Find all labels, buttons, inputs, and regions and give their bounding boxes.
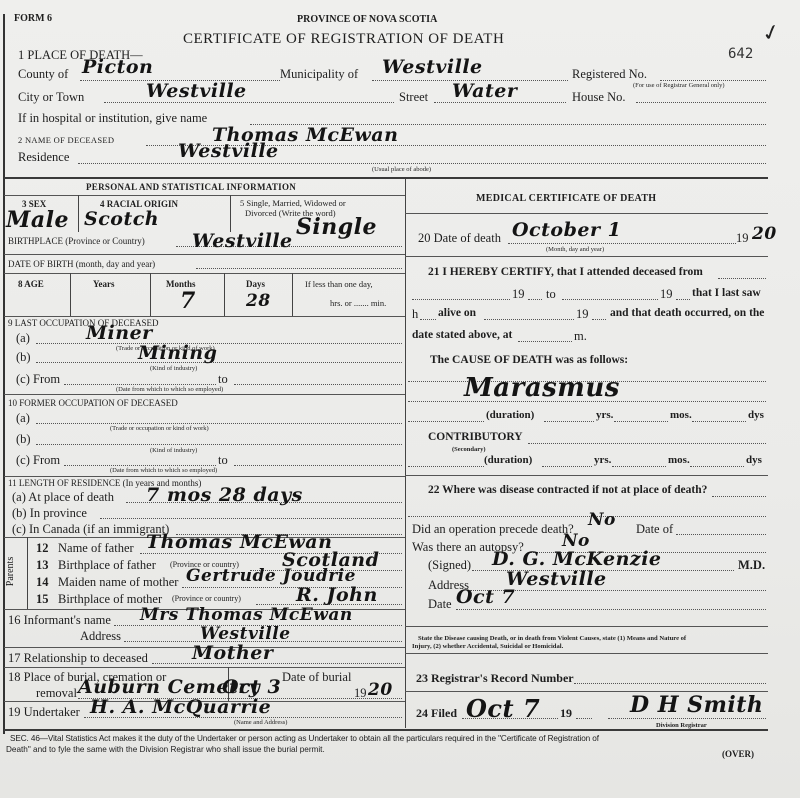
last-occ-c-note: (Date from which to which so employed) xyxy=(116,386,223,393)
dys-label: dys xyxy=(748,409,764,421)
burial-year-prefix: 19 xyxy=(354,686,367,701)
secondary-note: (Secondary) xyxy=(452,446,486,453)
mos-label: mos. xyxy=(670,409,692,421)
months-value: 7 xyxy=(180,288,196,314)
last-occ-to-label: to xyxy=(218,372,228,387)
undertaker-note: (Name and Address) xyxy=(234,719,287,726)
certify-death-occurred: and that death occurred, on the xyxy=(610,307,764,319)
disease-contracted-label: 22 Where was disease contracted if not a… xyxy=(428,484,707,496)
informant-name-label: 16 Informant's name xyxy=(8,613,111,628)
cause-of-death-value: Marasmus xyxy=(464,373,620,403)
footer-sec-line-2: Death" and to fyle the same with the Div… xyxy=(6,745,325,754)
residence-note: (Usual place of abode) xyxy=(372,166,431,173)
last-occ-b-label: (b) xyxy=(16,350,31,365)
residence-a-value: 7 mos 28 days xyxy=(146,484,303,506)
last-occ-b-note: (Kind of industry) xyxy=(150,365,197,372)
operation-label: Did an operation precede death? xyxy=(412,522,574,537)
last-occ-b-value: Mining xyxy=(138,342,217,364)
former-occ-a-label: (a) xyxy=(16,411,30,426)
former-occ-a-note: (Trade or occupation or kind of work) xyxy=(110,425,209,432)
parent-row-num: 12 xyxy=(36,541,49,556)
personal-section-title: PERSONAL AND STATISTICAL INFORMATION xyxy=(86,182,296,192)
duration-label: (duration) xyxy=(486,409,534,421)
mother-birthplace-note: (Province or country) xyxy=(172,594,241,603)
md-label: M.D. xyxy=(738,558,765,573)
certify-line-1: 21 I HEREBY CERTIFY, that I attended dec… xyxy=(428,266,703,278)
name-of-deceased-label: 2 NAME OF DECEASED xyxy=(18,135,114,145)
medical-date-label: Date xyxy=(428,597,452,612)
parent-row-num: 14 xyxy=(36,575,49,590)
age-label: 8 AGE xyxy=(18,279,44,289)
mos-label-2: mos. xyxy=(668,454,690,466)
former-occ-to-label: to xyxy=(218,453,228,468)
certify-year-2: 19 xyxy=(660,287,673,302)
record-number-label: 23 Registrar's Record Number xyxy=(416,671,574,686)
medical-section-title: MEDICAL CERTIFICATE OF DEATH xyxy=(476,193,656,204)
duration-label-2: (duration) xyxy=(484,454,532,466)
less-than-day-label: If less than one day, xyxy=(305,279,373,289)
signed-value: D. G. McKenzie xyxy=(492,548,662,570)
street-value: Water xyxy=(452,80,517,102)
years-label: Years xyxy=(93,279,115,289)
last-occ-a-label: (a) xyxy=(16,331,30,346)
father-name-label: Name of father xyxy=(58,541,134,556)
relationship-value: Mother xyxy=(192,642,273,664)
racial-origin-value: Scotch xyxy=(84,208,159,230)
burial-date-value: Oct 3 xyxy=(222,676,281,698)
operation-value: No xyxy=(588,510,616,530)
residence-a-label: (a) At place of death xyxy=(12,490,114,505)
disease-note-1: State the Disease causing Death, or in d… xyxy=(418,635,686,642)
mother-birthplace-value: R. John xyxy=(296,584,378,606)
informant-name-value: Mrs Thomas McEwan xyxy=(140,605,353,625)
yrs-label: yrs. xyxy=(596,409,613,421)
informant-address-value: Westville xyxy=(200,624,291,644)
dob-label: DATE OF BIRTH (month, day and year) xyxy=(8,259,155,269)
hrs-min-label: hrs. or ....... min. xyxy=(330,298,386,308)
form-number: FORM 6 xyxy=(14,13,52,24)
death-year-prefix: 19 xyxy=(736,231,749,246)
undertaker-label: 19 Undertaker xyxy=(8,705,80,720)
burial-year-value: 20 xyxy=(368,680,393,700)
medical-address-value: Westville xyxy=(506,568,607,590)
disease-note-2: Injury, (2) whether Accidental, Suicidal… xyxy=(412,643,563,650)
former-occ-c-label: (c) From xyxy=(16,453,60,468)
county-label: County of xyxy=(18,67,68,82)
house-no-label: House No. xyxy=(572,90,625,105)
burial-removal-label: removal xyxy=(36,686,77,701)
certify-year-3: 19 xyxy=(576,307,589,322)
footer-divider xyxy=(4,729,768,731)
residence-value: Westville xyxy=(178,140,279,162)
undertaker-value: H. A. McQuarrie xyxy=(90,696,271,718)
filed-value: Oct 7 xyxy=(466,694,540,723)
former-occ-b-note: (Kind of industry) xyxy=(150,447,197,454)
birthplace-label: BIRTHPLACE (Province or Country) xyxy=(8,236,145,246)
parent-row-num: 15 xyxy=(36,592,49,607)
certificate-title: CERTIFICATE OF REGISTRATION OF DEATH xyxy=(183,31,504,48)
registrar-signature: D H Smith xyxy=(630,692,763,718)
filed-label: 24 Filed xyxy=(416,706,457,721)
death-year-value: 20 xyxy=(752,224,777,244)
city-label: City or Town xyxy=(18,90,84,105)
medical-date-value: Oct 7 xyxy=(456,586,515,608)
cause-intro: The CAUSE OF DEATH was as follows: xyxy=(430,354,628,366)
contributory-label: CONTRIBUTORY xyxy=(428,431,523,443)
left-border xyxy=(3,14,5,734)
burial-date-label: Date of burial xyxy=(282,670,351,685)
days-label: Days xyxy=(246,279,265,289)
yrs-label-2: yrs. xyxy=(594,454,611,466)
registered-no-label: Registered No. xyxy=(572,67,647,82)
registrar-signature-note: Division Registrar xyxy=(656,722,707,729)
certify-h: h xyxy=(412,307,418,322)
province-heading: PROVINCE OF NOVA SCOTIA xyxy=(297,14,437,25)
date-of-death-note: (Month, day and year) xyxy=(546,246,604,253)
sex-value: Male xyxy=(6,207,69,233)
father-birthplace-label: Birthplace of father xyxy=(58,558,156,573)
informant-address-label: Address xyxy=(80,629,121,644)
municipality-value: Westville xyxy=(382,56,483,78)
last-occ-c-label: (c) From xyxy=(16,372,60,387)
date-of-death-label: 20 Date of death xyxy=(418,231,501,246)
former-occupation-label: 10 FORMER OCCUPATION OF DECEASED xyxy=(8,398,178,408)
mother-maiden-value: Gertrude Joudrie xyxy=(186,566,356,586)
registered-no-note: (For use of Registrar General only) xyxy=(633,82,725,89)
days-value: 28 xyxy=(246,291,271,311)
certify-alive-on: alive on xyxy=(438,307,476,319)
center-divider xyxy=(405,179,406,728)
certify-to: to xyxy=(546,287,556,302)
check-mark-icon: ✓ xyxy=(759,18,784,48)
municipality-label: Municipality of xyxy=(280,67,358,82)
stamp-number: 642 xyxy=(728,46,753,62)
residence-b-label: (b) In province xyxy=(12,506,87,521)
parents-side-label: Parents xyxy=(5,557,16,586)
city-value: Westville xyxy=(146,80,247,102)
county-value: Picton xyxy=(82,56,153,78)
mother-maiden-label: Maiden name of mother xyxy=(58,575,178,590)
relationship-label: 17 Relationship to deceased xyxy=(8,651,148,666)
birthplace-value: Westville xyxy=(192,230,293,252)
certify-m: m. xyxy=(574,329,587,344)
former-occ-b-label: (b) xyxy=(16,432,31,447)
death-certificate: FORM 6 PROVINCE OF NOVA SCOTIA CERTIFICA… xyxy=(0,0,800,798)
last-occ-a-value: Miner xyxy=(86,322,153,344)
date-of-label: Date of xyxy=(636,522,673,537)
former-occ-c-note: (Date from which to which so employed) xyxy=(110,467,217,474)
residence-label: Residence xyxy=(18,150,69,165)
over-label: (OVER) xyxy=(722,749,754,759)
certify-last-saw: that I last saw xyxy=(692,287,761,299)
signed-label: (Signed) xyxy=(428,558,471,573)
filed-year-prefix: 19 xyxy=(560,706,572,721)
hospital-label: If in hospital or institution, give name xyxy=(18,111,207,126)
street-label: Street xyxy=(399,90,428,105)
parent-row-num: 13 xyxy=(36,558,49,573)
certify-date-stated: date stated above, at xyxy=(412,329,512,341)
marital-label-1: 5 Single, Married, Widowed or xyxy=(240,198,346,208)
footer-sec-line-1: SEC. 46—Vital Statistics Act makes it th… xyxy=(10,734,599,743)
dys-label-2: dys xyxy=(746,454,762,466)
date-of-death-value: October 1 xyxy=(512,219,621,241)
header-divider xyxy=(4,177,768,179)
certify-year-1: 19 xyxy=(512,287,525,302)
marital-value: Single xyxy=(296,214,377,240)
